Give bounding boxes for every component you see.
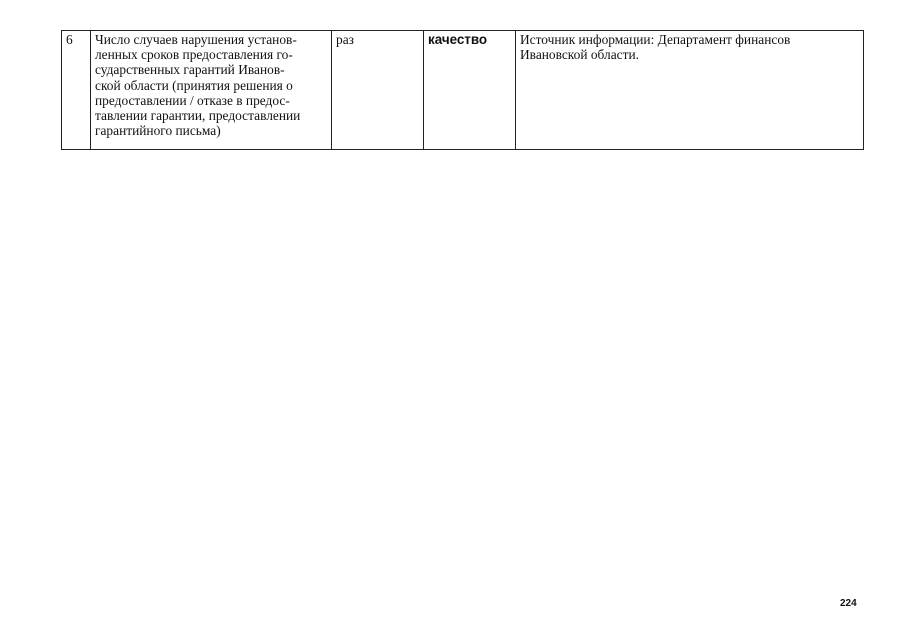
indicator-name-line: Число случаев нарушения установ- [95,32,327,47]
type-cell: качество [424,31,516,150]
indicator-name-line: сударственных гарантий Иванов- [95,62,327,77]
indicator-name-line: ленных сроков предоставления го- [95,47,327,62]
row-number: 6 [62,31,91,150]
indicator-name-line: гарантийного письма) [95,123,327,138]
indicator-name: Число случаев нарушения установ- ленных … [91,31,332,150]
indicator-name-line: тавлении гарантии, предоставлении [95,108,327,123]
indicator-name-line: ской области (принятия решения о [95,78,327,93]
page-number: 224 [840,598,857,609]
unit-cell: раз [332,31,424,150]
source-cell: Источник информации: Департамент финансо… [516,31,864,150]
indicator-name-line: предоставлении / отказе в предос- [95,93,327,108]
indicator-table: 6 Число случаев нарушения установ- ленны… [61,30,864,150]
table-row: 6 Число случаев нарушения установ- ленны… [62,31,864,150]
